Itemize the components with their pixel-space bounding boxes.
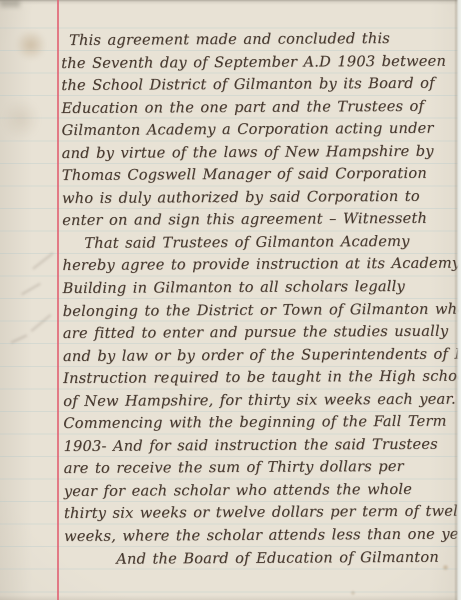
handwriting-line: year for each scholar who attends the wh… <box>64 479 458 504</box>
handwriting-line: hereby agree to provide instruction at i… <box>62 253 456 278</box>
handwriting-line: Commencing with the beginning of the Fal… <box>63 411 457 436</box>
red-margin-line <box>57 0 59 600</box>
handwriting-line: enter on and sign this agreement – Witne… <box>62 208 456 233</box>
handwriting-line: Education on the one part and the Truste… <box>61 95 455 120</box>
handwriting-line: the School District of Gilmanton by its … <box>61 73 455 98</box>
handwriting-line: belonging to the District or Town of Gil… <box>63 298 457 323</box>
handwriting-line: Gilmanton Academy a Corporation acting u… <box>62 118 456 143</box>
handwriting-line: the Seventh day of September A.D 1903 be… <box>61 50 455 75</box>
handwriting-line: 1903- And for said instruction the said … <box>63 433 457 458</box>
paper-stain <box>4 96 38 142</box>
handwriting-line: weeks, where the scholar attends less th… <box>64 524 458 549</box>
paper-edge-right <box>454 0 461 600</box>
ink-stain <box>15 30 47 60</box>
handwriting-text: This agreement made and concluded thisth… <box>61 28 458 572</box>
pencil-smudge <box>10 334 27 343</box>
handwriting-line: of New Hampshire, for thirty six weeks e… <box>63 388 457 413</box>
handwriting-line: and by law or by order of the Superinten… <box>63 343 457 368</box>
handwriting-line: Building in Gilmanton to all scholars le… <box>63 276 457 301</box>
pencil-smudge <box>21 283 41 296</box>
document-page: This agreement made and concluded thisth… <box>0 0 461 600</box>
handwriting-line: are to receive the sum of Thirty dollars… <box>64 456 458 481</box>
handwriting-line: Thomas Cogswell Manager of said Corporat… <box>62 163 456 188</box>
handwriting-line: thirty six weeks or twelve dollars per t… <box>64 501 458 526</box>
handwriting-line: and by virtue of the laws of New Hampshi… <box>62 140 456 165</box>
handwriting-line: Instruction required to be taught in the… <box>63 366 457 391</box>
handwriting-line: who is duly authorized by said Corporati… <box>62 185 456 210</box>
paper-spot <box>350 590 356 596</box>
pencil-smudge <box>32 252 54 270</box>
handwriting-line: And the Board of Education of Gilmanton <box>64 546 458 571</box>
handwriting-line: This agreement made and concluded this <box>61 28 455 53</box>
pencil-smudge <box>30 314 51 332</box>
handwriting-line: That said Trustees of Gilmanton Academy <box>62 231 456 256</box>
handwriting-line: are fitted to enter and pursue the studi… <box>63 321 457 346</box>
paper-corner-shadow <box>0 0 20 7</box>
